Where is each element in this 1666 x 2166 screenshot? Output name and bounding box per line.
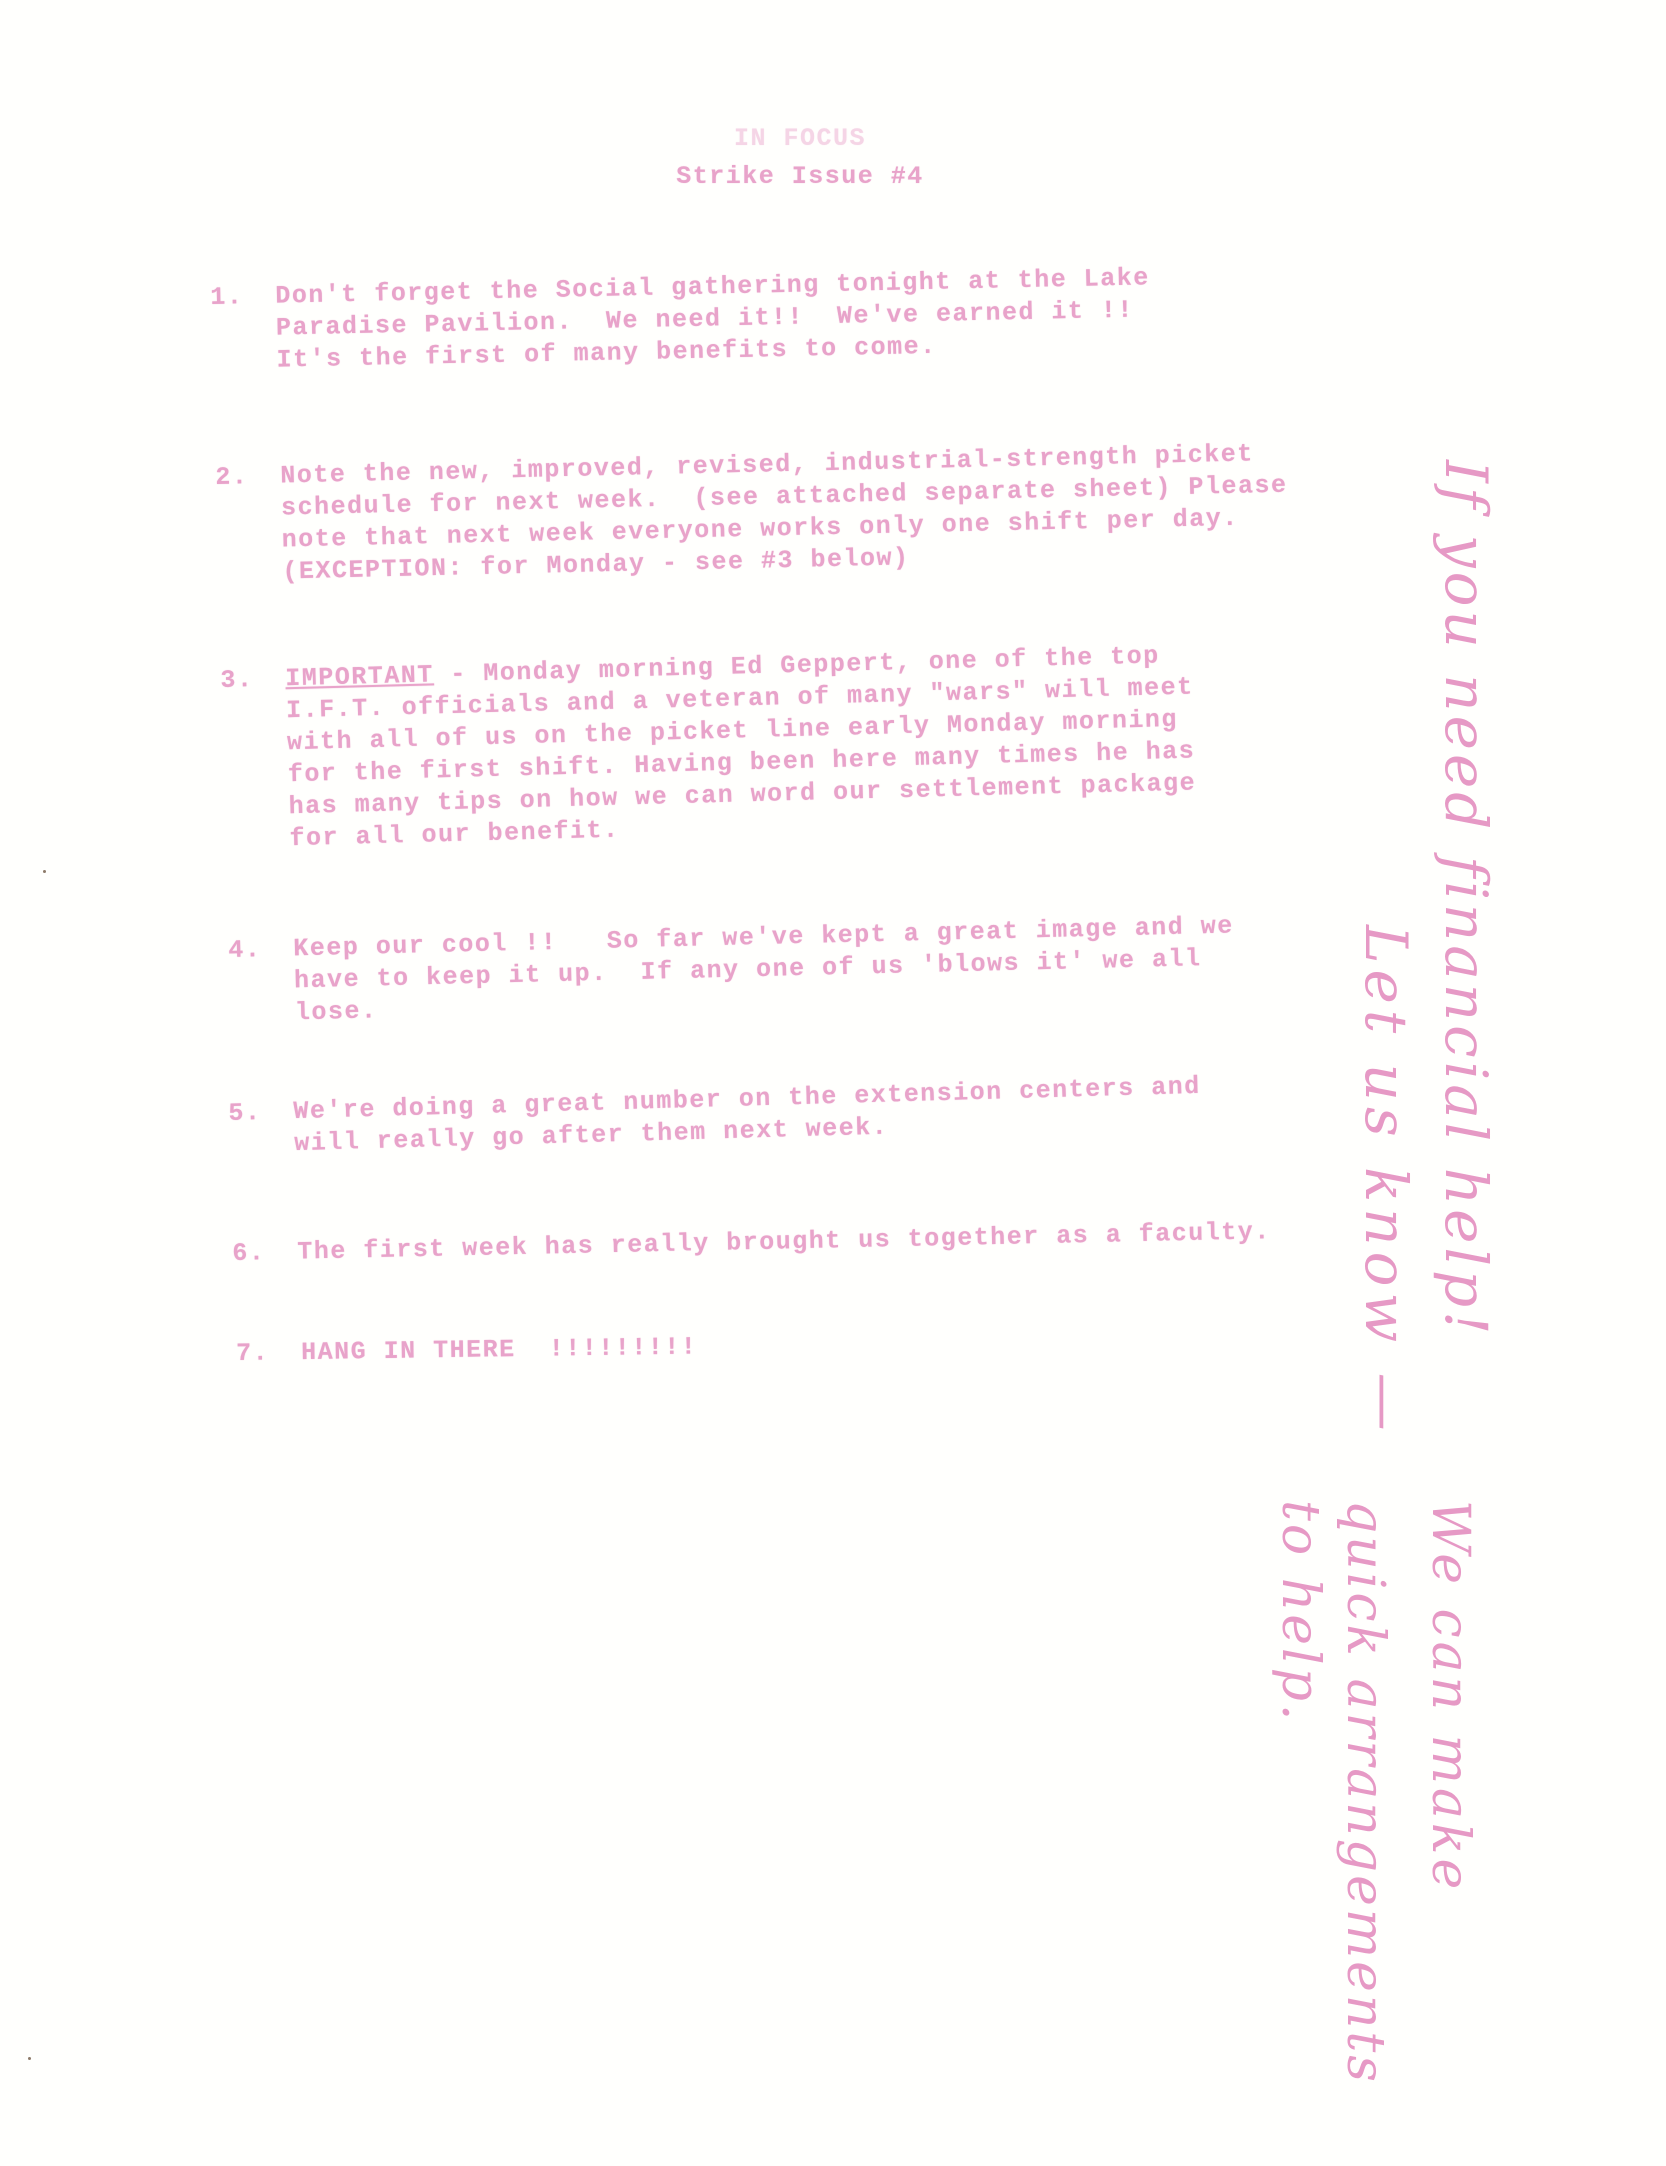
item-text: The first week has really brought us tog… [297, 1216, 1271, 1268]
item-number: 2. [215, 461, 249, 494]
issue-label: Strike Issue #4 [600, 158, 1000, 196]
handwritten-note-line-3: We can make [1420, 1500, 1480, 1893]
item-number: 4. [228, 934, 262, 967]
paper-speck [43, 870, 46, 873]
paper-speck [28, 2057, 31, 2060]
item-text: Keep our cool !! So far we've kept a gre… [293, 910, 1236, 1029]
handwritten-note-line-4: quick arrangements [1335, 1500, 1395, 2085]
item-number: 5. [228, 1097, 262, 1130]
item-number: 1. [210, 281, 244, 314]
item-text: HANG IN THERE !!!!!!!!! [301, 1332, 697, 1370]
item-text: We're doing a great number on the extens… [293, 1071, 1202, 1160]
handwritten-note-line-2: Let us know — [1352, 925, 1420, 1437]
item-number: 7. [236, 1338, 269, 1370]
item-number: 3. [220, 664, 254, 697]
newsletter-title: IN FOCUS [600, 120, 1000, 158]
item-number: 6. [232, 1237, 266, 1270]
important-label: IMPORTANT [285, 660, 434, 693]
item-text: IMPORTANT - Monday morning Ed Geppert, o… [285, 640, 1197, 856]
document-page: IN FOCUS Strike Issue #4 1. Don't forget… [0, 0, 1666, 2166]
item-text: Don't forget the Social gathering tonigh… [275, 262, 1151, 376]
newsletter-header: IN FOCUS Strike Issue #4 [600, 120, 1000, 196]
item-text: Note the new, improved, revised, industr… [280, 438, 1289, 589]
handwritten-note-line-5: to help. [1270, 1500, 1330, 1723]
handwritten-note-line-1: If you need financial help! [1432, 460, 1500, 1338]
